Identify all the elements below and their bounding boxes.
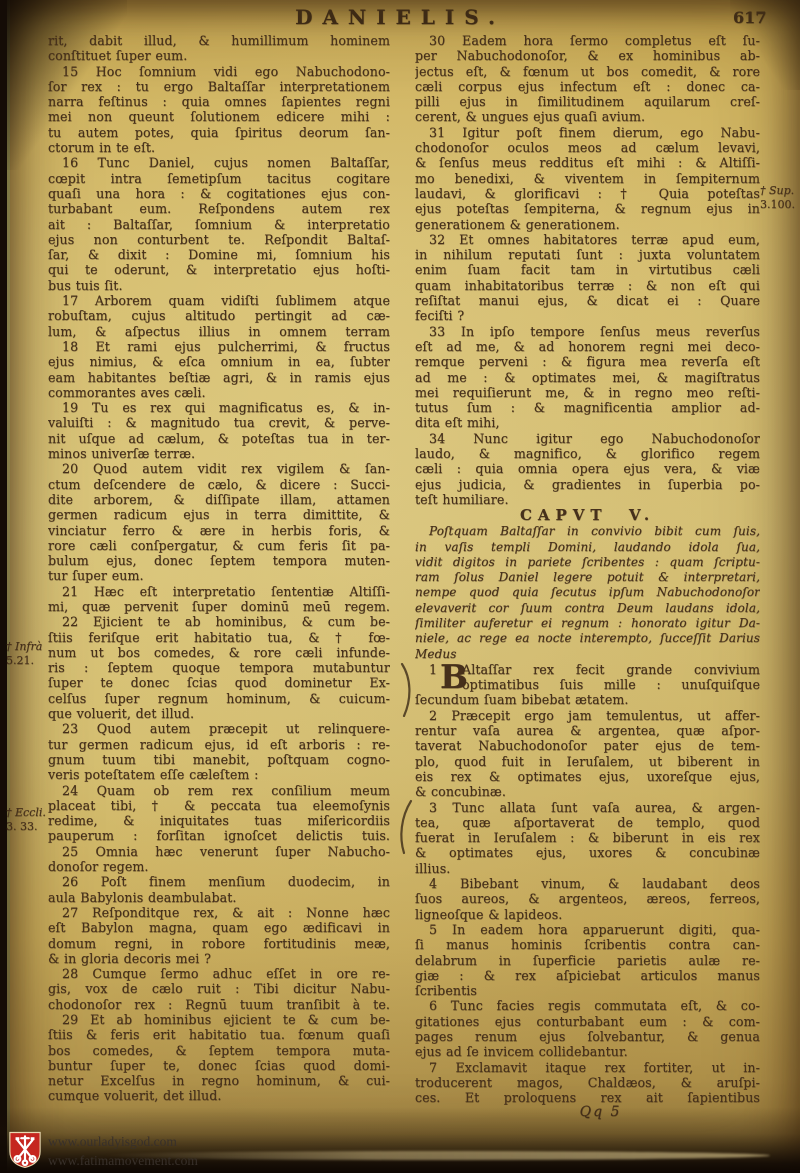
text-line: Poſtquam Baltaſſar in convivio bibit cum… (415, 524, 760, 539)
page-edge-highlight (7, 0, 10, 1173)
text-line: mei requiſierunt me, & in regno meo reſt… (415, 385, 760, 400)
text-line: taverat Nabuchodonoſor pater ejus de tem… (415, 738, 760, 753)
text-line: ejus ad ſe invicem collidebantur. (415, 1044, 760, 1059)
text-line: ait : Baltaſſar, ſomnium & interpretatio (48, 217, 390, 232)
text-line: ſar, & dixit : Domine mi, ſomnium his (48, 247, 390, 262)
text-line: laudavi, & glorificavi : † Quia poteſtas (415, 186, 760, 201)
margin-note-line: † Eccli. (6, 806, 46, 820)
text-line: celſus ſuper regnum hominum, & cuicum- (48, 691, 390, 706)
text-line: eam habitantes beſtiæ agri, & in ramis e… (48, 370, 390, 385)
text-line: 25 Omnia hæc venerunt ſuper Nabucho- (48, 844, 390, 859)
text-line: aula Babylonis deambulabat. (48, 890, 390, 905)
text-line: veris poteſtatem eſſe cæleſtem : (48, 767, 390, 782)
dropcap-verse: 1BAltaſſar rex fecit grande conviviumopt… (415, 662, 760, 708)
text-line: ſi manus hominis ſcribentis contra can- (415, 937, 760, 952)
scanned-book-page: DANIELIS. 617 rit, dabit illud, & humill… (0, 0, 800, 1173)
text-line: teſt humiliare. (415, 492, 760, 507)
text-line: buntur ſuper te, donec ſcias quod domi- (48, 1058, 390, 1073)
text-line: 28 Cumque ſermo adhuc eſſet in ore re- (48, 966, 390, 981)
text-line: ſimiliter auferetur ei regnum : honorato… (415, 616, 760, 631)
text-line: in vaſis templi Domini, laudando idola ſ… (415, 540, 760, 555)
text-line: domum regni, in robore fortitudinis meæ, (48, 936, 390, 951)
text-line: 20 Quod autem vidit rex vigilem & ſan- (48, 461, 390, 476)
text-line: minos univerſæ terræ. (48, 446, 390, 461)
ink-brace-mark (399, 663, 413, 721)
text-line: que voluerit, det illud. (48, 706, 390, 721)
text-line: tutus ſum : & magnificentia amplior ad- (415, 400, 760, 415)
text-line: ſor rex : tu ergo Baltaſſar interpretati… (48, 79, 390, 94)
text-line: eſt ad me, & ad honorem regni mei deco- (415, 339, 760, 354)
text-line: Altaſſar rex fecit grande convivium (415, 662, 760, 677)
margin-note-line: † Infrà (6, 640, 42, 654)
text-line: ligneoſque & lapideos. (415, 907, 760, 922)
text-line: 3 Tunc allata ſunt vaſa aurea, & argen- (415, 800, 760, 815)
text-line: 19 Tu es rex qui magnificatus es, & in- (48, 400, 390, 415)
text-line: ſuper te donec ſcias quod dominetur Ex- (48, 675, 390, 690)
margin-note-infra: † Infrà 5.21. (6, 640, 42, 667)
margin-note-line: † Sup. (760, 184, 795, 198)
chapter-heading: CAPVT V. (415, 507, 760, 524)
text-line: chodonoſor oculos meos ad cælum levavi, (415, 140, 760, 155)
right-column: 30 Eadem hora ſermo completus eſt ſu-per… (415, 33, 760, 1121)
text-line: netur Excelſus in regno hominum, & cui- (48, 1073, 390, 1088)
text-line: robuſtam, cujus altitudo pertingit ad cæ… (48, 308, 390, 323)
text-line: dita eſt mihi, (415, 415, 760, 430)
text-line: tur germen radicum ejus, id eſt arboris … (48, 737, 390, 752)
text-line: 18 Et rami ejus pulcherrimi, & fructus (48, 339, 390, 354)
text-line: mei non queunt ſolutionem edicere mihi : (48, 109, 390, 124)
page-title: DANIELIS. (210, 5, 590, 29)
text-line: vinciatur ferro & ære in herbis foris, & (48, 523, 390, 538)
text-line: 33 In ipſo tempore ſenſus meus reverſus (415, 324, 760, 339)
text-line: tea, quæ aſportaverat de templo, quod (415, 815, 760, 830)
text-line: tu autem potes, quia ſpiritus deorum ſan… (48, 125, 390, 140)
text-line: quam inhabitatoribus terræ : & non eſt q… (415, 278, 760, 293)
text-line: ſtiis feriſque erit habitatio tua, & † f… (48, 630, 390, 645)
text-line: chodonoſor rex : Regnū tuum tranſibit à … (48, 997, 390, 1012)
text-line: pilli ejus in ſimilitudinem aquilarum cr… (415, 94, 760, 109)
text-line: delabrum in ſuperficie parietis aulæ re- (415, 953, 760, 968)
text-line: 34 Nunc igitur ego Nabuchodonoſor (415, 431, 760, 446)
margin-note-eccli: † Eccli. 3. 33. (6, 806, 46, 833)
text-line: 21 Hæc eſt interpretatio ſententiæ Altiſ… (48, 584, 390, 599)
text-line: remque perveni : & figura mea reverſa eſ… (415, 354, 760, 369)
text-line: 27 Reſponditque rex, & ait : Nonne hæc (48, 905, 390, 920)
text-line: ſtiis & feris erit habitatio tua. fœnum … (48, 1027, 390, 1042)
text-line: valuiſti : & magnitudo tua crevit, & per… (48, 415, 390, 430)
text-line: cumque voluerit, det illud. (48, 1088, 390, 1103)
margin-note-line: 5.21. (6, 654, 42, 668)
text-line: per Nabuchodonoſor, & ex hominibus ab- (415, 48, 760, 63)
text-line: feciſti ? (415, 308, 760, 323)
text-line: rentur vaſa aurea & argentea, quæ aſpor- (415, 723, 760, 738)
text-line: cerent, & ungues ejus quaſi avium. (415, 109, 760, 124)
text-line: fuerat in Ieruſalem : & biberunt in eis … (415, 830, 760, 845)
text-line: cœpit intra ſemetipſum tacitus cogitare (48, 171, 390, 186)
text-line: 16 Tunc Daniel, cujus nomen Baltaſſar, (48, 155, 390, 170)
text-line: nit uſque ad cælum, & poteſtas tua in te… (48, 431, 390, 446)
text-line: placeat tibi, † & peccata tua eleemoſyni… (48, 798, 390, 813)
text-line: in nihilum reputati ſunt : juxta volunta… (415, 247, 760, 262)
text-line: 30 Eadem hora ſermo completus eſt ſu- (415, 33, 760, 48)
text-line: 17 Arborem quam vidiſti ſublimem atque (48, 293, 390, 308)
text-line: cæli corpus ejus infectum eſt : donec ca… (415, 79, 760, 94)
page-number: 617 (733, 8, 766, 27)
text-line: germen radicum ejus in terra dimittite, … (48, 507, 390, 522)
text-line: bus tuis ſit. (48, 278, 390, 293)
text-line: commorantes aves cæli. (48, 385, 390, 400)
text-line: giæ : & rex aſpiciebat articulos manus (415, 968, 760, 983)
watermark-url-1: www.ourladyisgod.com (48, 1134, 177, 1150)
text-line: ejus nimius, & eſca omnium in ea, ſubter (48, 354, 390, 369)
text-line: gis, vox de cælo ruit : Tibi dicitur Nab… (48, 981, 390, 996)
text-line: enim ſuam facit tam in virtutibus cæli (415, 262, 760, 277)
text-line: bos comedes, & ſeptem tempora muta- (48, 1043, 390, 1058)
text-line: ſecundum ſuam bibebat ætatem. (415, 692, 760, 707)
text-line: mo benedixi, & viventem in ſempiternum (415, 171, 760, 186)
text-line: cæli : quia omnia opera ejus vera, & viæ (415, 461, 760, 476)
text-line: & optimates ejus, uxores & concubinæ (415, 845, 760, 860)
text-line: mi, quæ pervenit ſuper dominū meū regem. (48, 599, 390, 614)
text-line: 4 Bibebant vinum, & laudabant deos (415, 876, 760, 891)
text-line: num ut bos comedes, & rore cæli infunde- (48, 645, 390, 660)
text-line: & concubinæ. (415, 784, 760, 799)
text-line: qui te oderunt, & interpretatio ejus hoſ… (48, 262, 390, 277)
text-line: nempe quod quia ſecutus ipſum Nabuchodon… (415, 585, 760, 600)
text-line: 32 Et omnes habitatores terræ apud eum, (415, 232, 760, 247)
text-line: ejus poteſtas ſempiterna, & regnum ejus … (415, 201, 760, 216)
text-line: & ſenſus meus redditus eſt mihi : & Alti… (415, 155, 760, 170)
watermark: www.ourladyisgod.com www.fatimamovement.… (8, 1126, 328, 1173)
text-line: bulum ejus, donec ſeptem tempora muten- (48, 553, 390, 568)
text-line: ram ſolus Daniel legere potuit & interpr… (415, 570, 760, 585)
text-line: eſt Babylon magna, quam ego ædificavi in (48, 920, 390, 935)
text-line: rit, dabit illud, & humillimum hominem (48, 33, 390, 48)
margin-note-sup: † Sup. 3.100. (760, 184, 795, 211)
text-line: 22 Ejicient te ab hominibus, & cum be- (48, 614, 390, 629)
text-line: 5 In eadem hora apparuerunt digiti, qua- (415, 922, 760, 937)
text-line: illius. (415, 861, 760, 876)
text-line: ris : ſeptem quoque tempora mutabuntur (48, 660, 390, 675)
text-line: ctum deſcendere de cælo, & dicere : Succ… (48, 477, 390, 492)
text-line: troducerent magos, Chaldæos, & aruſpi- (415, 1075, 760, 1090)
text-line: 29 Et ab hominibus ejicient te & cum be- (48, 1012, 390, 1027)
text-line: gitationes ejus conturbabant eum : & com… (415, 1014, 760, 1029)
text-line: optimatibus ſuis mille : unuſquiſque (415, 677, 760, 692)
text-line: niele, ac rege ea nocte interempto, ſucc… (415, 631, 760, 646)
margin-note-line: 3.100. (760, 198, 795, 212)
text-line: narra feſtinus : quia omnes ſapientes re… (48, 94, 390, 109)
text-line: pages renum ejus ſolvebantur, & genua (415, 1029, 760, 1044)
text-line: ad me : & optimates mei, & magiſtratus (415, 370, 760, 385)
text-line: elevaverit cor ſuum contra Deum laudans … (415, 601, 760, 616)
margin-note-line: 3. 33. (6, 820, 46, 834)
text-line: turbabant eum. Reſpondens autem rex (48, 201, 390, 216)
text-line: reſiſtat manui ejus, & dicat ei : Quare (415, 293, 760, 308)
text-line: ctorum in te eſt. (48, 140, 390, 155)
text-line: quaſi una hora : & cogitationes ejus con… (48, 186, 390, 201)
text-line: & in gloria decoris mei ? (48, 951, 390, 966)
text-line: lum, & aſpectus illius in omnem terram (48, 324, 390, 339)
text-line: pauperum : forſitan ignoſcet delictis tu… (48, 828, 390, 843)
left-column: rit, dabit illud, & humillimum hominemco… (48, 33, 390, 1104)
text-line: ejus judicia, & gradientes in ſuperbia p… (415, 477, 760, 492)
text-line: plo, quod fuit in Ieruſalem, ut biberent… (415, 754, 760, 769)
text-line: 15 Hoc ſomnium vidi ego Nabuchodono- (48, 64, 390, 79)
text-line: laudo, & magnifico, & glorifico regem (415, 446, 760, 461)
text-line: ces. Et proloquens rex ait ſapientibus (415, 1090, 760, 1105)
text-line: redime, & iniquitates tuas miſericordiis (48, 813, 390, 828)
text-line: vidit digitos in pariete ſcribentes : qu… (415, 555, 760, 570)
text-line: tur ſuper eum. (48, 568, 390, 583)
text-line: gnum tuum tibi manebit, poſtquam cogno- (48, 752, 390, 767)
ink-brace-mark (397, 799, 413, 859)
text-line: rore cæli conſpergatur, & cum feris ſit … (48, 538, 390, 553)
text-line: ejus non conturbent te. Reſpondit Baltaſ… (48, 232, 390, 247)
text-line: generationem & generationem. (415, 217, 760, 232)
text-line: jectus eſt, & fœnum ut bos comedit, & ro… (415, 64, 760, 79)
text-line: 24 Quam ob rem rex conſilium meum (48, 783, 390, 798)
text-line: ſcribentis (415, 983, 760, 998)
text-line: 6 Tunc facies regis commutata eſt, & co- (415, 998, 760, 1013)
text-line: eis rex & optimates ejus, uxoreſque ejus… (415, 769, 760, 784)
text-line: donoſor regem. (48, 859, 390, 874)
text-line: 26 Poſt finem menſium duodecim, in (48, 874, 390, 889)
text-line: conſtituet ſuper eum. (48, 48, 390, 63)
text-line: dite arborem, & diſſipate illam, attamen (48, 492, 390, 507)
watermark-url-2: www.fatimamovement.com (48, 1153, 198, 1169)
text-line: 2 Præcepit ergo jam temulentus, ut affer… (415, 708, 760, 723)
crossed-keys-shield-icon (8, 1130, 42, 1173)
text-line: 7 Exclamavit itaque rex fortiter, ut in- (415, 1060, 760, 1075)
text-line: ſuos aureos, & argenteos, æreos, ferreos… (415, 891, 760, 906)
text-line: 23 Quod autem præcepit ut relinquere- (48, 721, 390, 736)
text-line: 31 Igitur poſt finem dierum, ego Nabu- (415, 125, 760, 140)
